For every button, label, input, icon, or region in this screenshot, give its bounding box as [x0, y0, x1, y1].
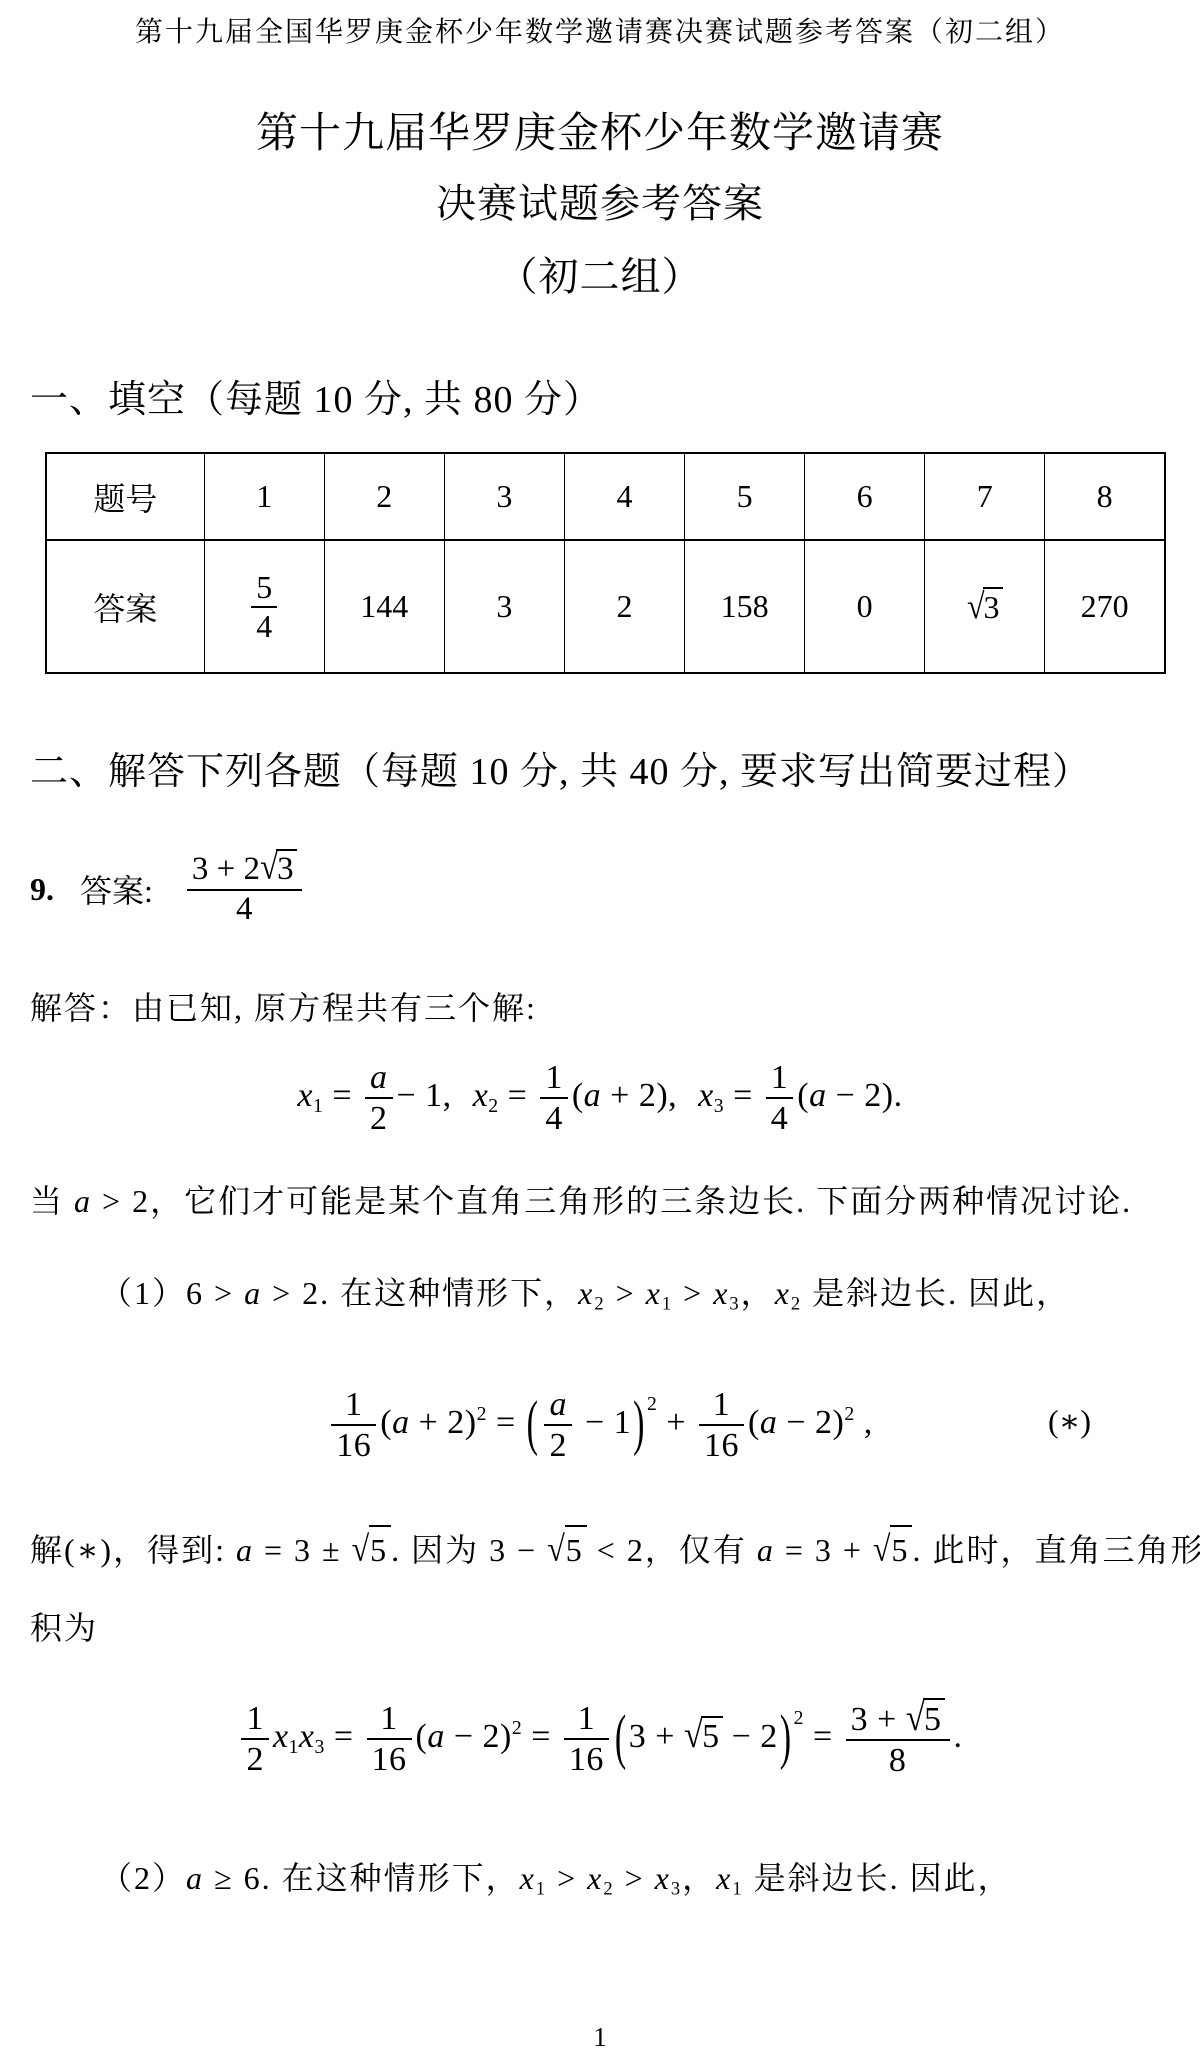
fraction: 116: [699, 1385, 744, 1465]
fraction: 14: [766, 1058, 794, 1138]
cell-question-3: 3: [444, 453, 564, 540]
cell-answer-3: 3: [444, 540, 564, 673]
math-token: + 2): [410, 1404, 477, 1441]
math-token: − 2): [445, 1718, 512, 1755]
condition-line: 当 a > 2，它们才可能是某个直角三角形的三条边长. 下面分两种情况讨论.: [30, 1178, 1132, 1224]
equation-area: 12x1x3 = 116(a − 2)2 = 116(3 + √5 − 2)2 …: [0, 1698, 1200, 1780]
math-token: = 3 +: [775, 1532, 873, 1568]
math-token: (: [748, 1404, 760, 1441]
math-token: x: [520, 1860, 536, 1896]
subscript: 2: [594, 1294, 605, 1315]
fraction: a2: [365, 1058, 393, 1138]
cell-answer-1: 54: [204, 540, 324, 673]
math-token: x: [698, 1077, 714, 1114]
table-row-answers: 答案 54 144 3 2 158 0 √3 270: [46, 540, 1165, 673]
math-token: a: [186, 1860, 204, 1896]
math-token: − 2: [723, 1718, 778, 1755]
cell-answer-7: √3: [925, 540, 1045, 673]
math-token: x: [578, 1275, 594, 1311]
math-token: 6 >: [186, 1275, 244, 1311]
math-token: =: [804, 1718, 842, 1755]
math-token: x: [297, 1077, 313, 1114]
equation-label-star: (∗): [1048, 1402, 1091, 1440]
fraction: 116: [367, 1699, 412, 1779]
math-token: x: [646, 1275, 662, 1311]
math-token: =: [487, 1404, 525, 1441]
superscript: 2: [794, 1707, 804, 1729]
radical-sign: √: [260, 847, 278, 889]
subscript: 1: [536, 1879, 547, 1900]
page-number: 1: [0, 2022, 1200, 2053]
math-token: >: [615, 1860, 655, 1896]
math-token: x: [273, 1718, 289, 1755]
fraction: 12: [241, 1699, 269, 1779]
subscript: 2: [603, 1879, 614, 1900]
cell-answer-6: 0: [805, 540, 925, 673]
document-page: 第十九届全国华罗庚金杯少年数学邀请赛决赛试题参考答案（初二组） 第十九届华罗庚金…: [0, 0, 1200, 2063]
fraction: 3 + √58: [846, 1698, 950, 1780]
document-subtitle: 决赛试题参考答案: [0, 172, 1200, 229]
radical-sign: √: [967, 585, 985, 626]
cell-answer-4: 2: [564, 540, 684, 673]
math-token: >: [547, 1860, 587, 1896]
math-token: (: [380, 1404, 392, 1441]
problem9-answer-line: 9. 答案: 3 + 2√3 4: [30, 842, 306, 936]
math-token: x: [775, 1275, 791, 1311]
math-token: = 3 ±: [254, 1532, 352, 1568]
superscript: 2: [512, 1717, 522, 1739]
cell-question-5: 5: [685, 453, 805, 540]
radical: √3: [967, 589, 1003, 625]
solve-line-2: 积为: [30, 1605, 98, 1651]
math-token: >: [606, 1275, 646, 1311]
big-paren: (: [613, 1705, 629, 1773]
math-token: x: [587, 1860, 603, 1896]
math-token: a: [236, 1532, 254, 1568]
fraction: 14: [540, 1058, 568, 1138]
math-token: a: [74, 1183, 92, 1219]
math-token: − 2): [777, 1404, 844, 1441]
subscript: 1: [732, 1879, 743, 1900]
fraction: 116: [564, 1699, 609, 1779]
big-paren: (: [525, 1391, 541, 1459]
superscript: 2: [844, 1403, 854, 1425]
math-token: − 1,: [397, 1077, 461, 1114]
math-token: .: [954, 1718, 963, 1755]
solve-line-1: 解(∗)，得到: a = 3 ± √5. 因为 3 − √5 < 2，仅有 a …: [30, 1525, 1200, 1573]
math-token: a: [244, 1275, 262, 1311]
subscript: 3: [714, 1095, 724, 1117]
section2-heading: 二、解答下列各题（每题 10 分, 共 40 分, 要求写出简要过程）: [30, 740, 1091, 795]
subscript: 3: [729, 1294, 740, 1315]
fraction-numerator: 3 + √5: [846, 1698, 950, 1739]
radical: √5: [547, 1532, 587, 1568]
math-token: x: [716, 1860, 732, 1896]
subscript: 1: [662, 1294, 673, 1315]
cell-question-7: 7: [925, 453, 1045, 540]
solution-intro: 解答：由已知, 原方程共有三个解:: [30, 985, 537, 1031]
math-token: (: [572, 1077, 584, 1114]
radical: √5: [873, 1532, 913, 1568]
cell-answer-label: 答案: [46, 540, 204, 673]
math-token: =: [522, 1718, 560, 1755]
math-token: .: [894, 1077, 903, 1114]
math-token: =: [323, 1077, 361, 1114]
subscript: 2: [791, 1294, 802, 1315]
cell-answer-5: 158: [685, 540, 805, 673]
math-token: >: [673, 1275, 713, 1311]
case1-line: （1）6 > a > 2. 在这种情形下，x2 > x1 > x3，x2 是斜边…: [100, 1270, 1070, 1318]
math-token: (: [797, 1077, 809, 1114]
superscript: 2: [647, 1393, 657, 1415]
fraction-denominator: 4: [187, 889, 302, 929]
group-label: （初二组）: [0, 245, 1200, 302]
radical: √5: [684, 1718, 723, 1755]
big-paren: ): [631, 1391, 647, 1459]
radical: √5: [352, 1532, 392, 1568]
fraction: 3 + 2√3 4: [187, 849, 302, 929]
math-token: x: [473, 1077, 489, 1114]
radical: √5: [906, 1701, 945, 1738]
document-title: 第十九届华罗庚金杯少年数学邀请赛: [0, 100, 1200, 160]
math-token: − 2): [827, 1077, 894, 1114]
subscript: 1: [313, 1095, 323, 1117]
math-token: (: [416, 1718, 428, 1755]
cell-question-8: 8: [1045, 453, 1165, 540]
fraction: 116: [331, 1385, 376, 1465]
big-paren: ): [778, 1705, 794, 1773]
subscript: 1: [289, 1736, 299, 1758]
cell-question-6: 6: [805, 453, 925, 540]
math-token: > 2: [262, 1275, 320, 1311]
equation-roots: x1 = a2− 1, x2 = 14(a + 2), x3 = 14(a − …: [0, 1058, 1200, 1138]
math-token: > 2: [92, 1183, 150, 1219]
subscript: 2: [488, 1095, 498, 1117]
problem-number: 9.: [30, 871, 54, 908]
math-token: x: [299, 1718, 315, 1755]
math-token: =: [724, 1077, 762, 1114]
math-token: a: [427, 1718, 445, 1755]
case2-line: （2）a ≥ 6. 在这种情形下，x1 > x2 > x3，x1 是斜边长. 因…: [100, 1855, 1012, 1903]
math-token: =: [499, 1077, 537, 1114]
math-token: =: [325, 1718, 363, 1755]
superscript: 2: [477, 1403, 487, 1425]
math-token: − 1: [576, 1404, 631, 1441]
fraction: a2: [544, 1385, 572, 1465]
cell-question-2: 2: [324, 453, 444, 540]
math-token: 3 +: [629, 1718, 684, 1755]
math-token: a: [809, 1077, 827, 1114]
math-token: ≥ 6: [204, 1860, 262, 1896]
math-token: a: [584, 1077, 602, 1114]
math-token: + 2),: [601, 1077, 686, 1114]
cell-question-label: 题号: [46, 453, 204, 540]
subscript: 3: [671, 1879, 682, 1900]
cell-answer-2: 144: [324, 540, 444, 673]
math-token: a: [757, 1532, 775, 1568]
section1-heading: 一、填空（每题 10 分, 共 80 分）: [30, 368, 602, 423]
running-header: 第十九届全国华罗庚金杯少年数学邀请赛决赛试题参考答案（初二组）: [0, 10, 1200, 50]
cell-question-4: 4: [564, 453, 684, 540]
cell-answer-8: 270: [1045, 540, 1165, 673]
math-token: a: [392, 1404, 410, 1441]
table-row-question-numbers: 题号 1 2 3 4 5 6 7 8: [46, 453, 1165, 540]
fraction: 54: [251, 569, 277, 645]
subscript: 3: [315, 1736, 325, 1758]
math-token: x: [655, 1860, 671, 1896]
equation-star: 116(a + 2)2 = (a2 − 1)2 + 116(a − 2)2 ,: [0, 1385, 1200, 1465]
fraction-numerator: 3 + 2√3: [187, 849, 302, 889]
radical: √3: [260, 851, 297, 887]
answers-table: 题号 1 2 3 4 5 6 7 8 答案 54 144 3 2 158 0 √…: [45, 452, 1166, 674]
cell-question-1: 1: [204, 453, 324, 540]
answer-label: 答案:: [80, 866, 153, 912]
math-token: +: [657, 1404, 695, 1441]
math-token: ,: [855, 1404, 873, 1441]
math-token: x: [713, 1275, 729, 1311]
math-token: a: [760, 1404, 778, 1441]
